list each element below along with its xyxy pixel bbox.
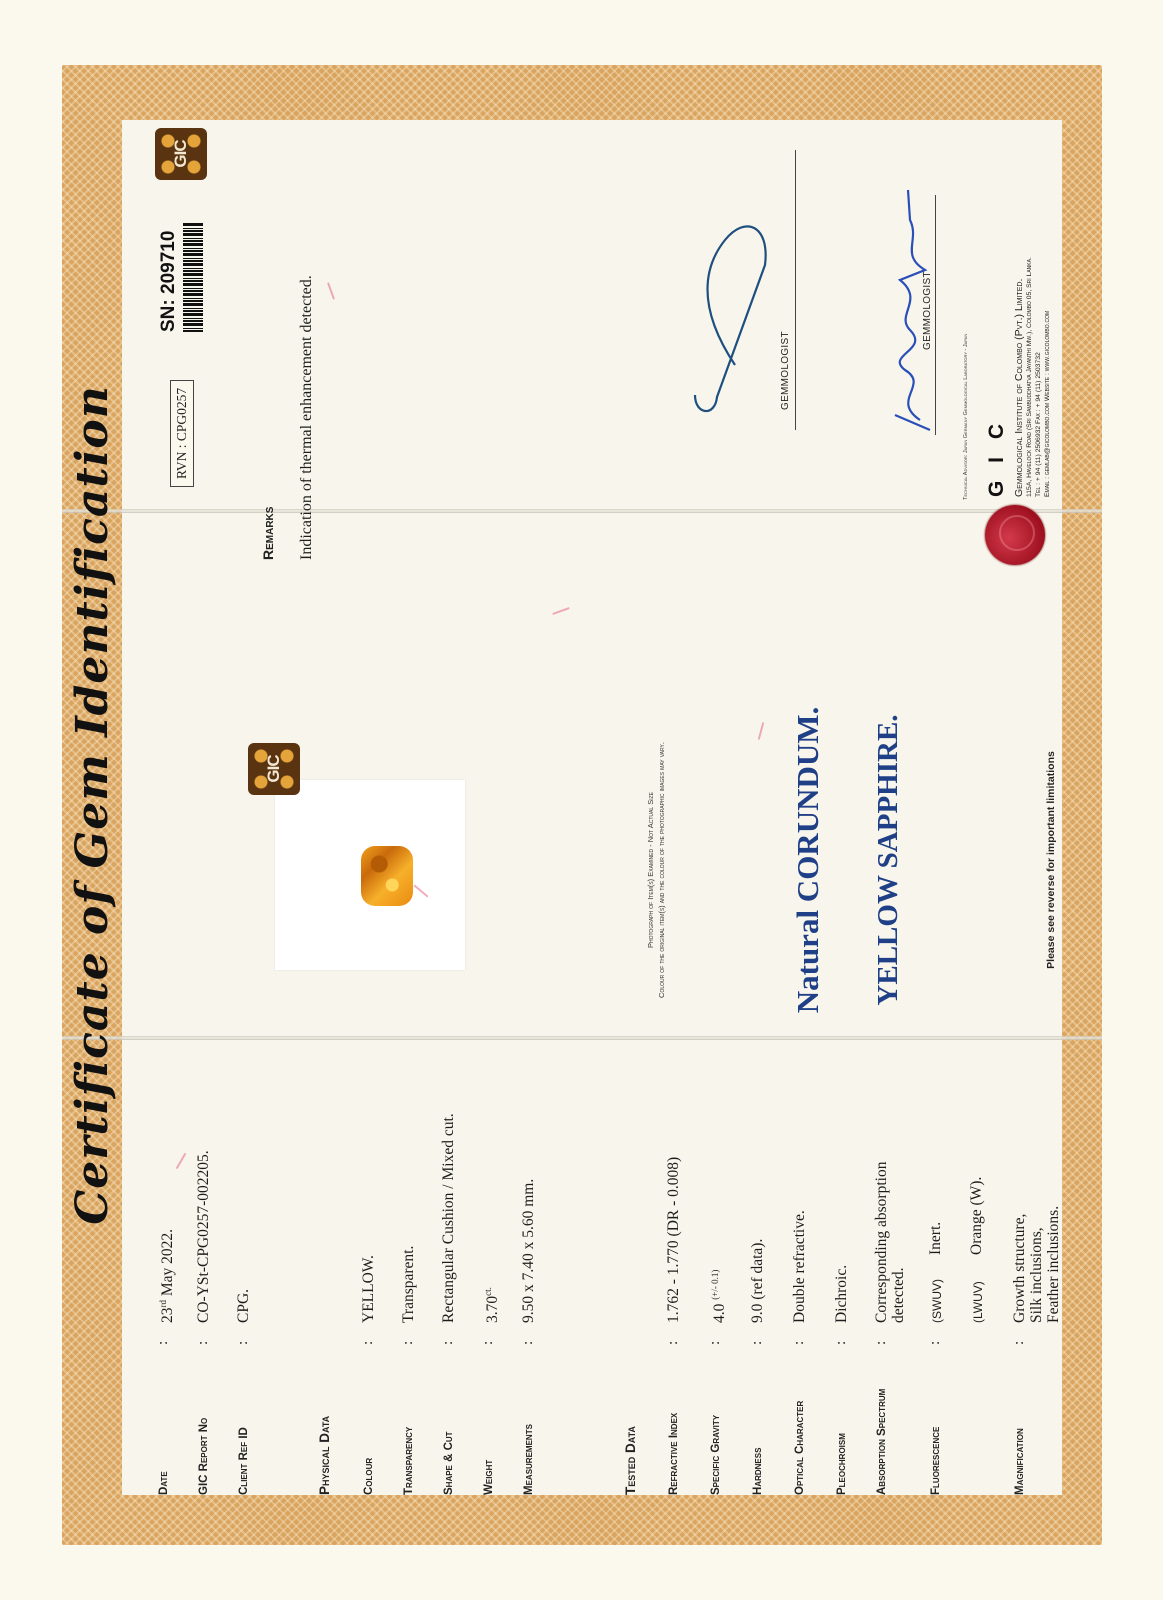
refractive-index-row: Refractive Index : 1.762 - 1.770 (DR - 0… [665, 1157, 682, 1495]
gic-hologram-icon: GIC [248, 743, 300, 795]
client-ref-row: Client Ref ID : CPG. [235, 1289, 252, 1495]
fluorescence-row: Fluorescence : (SWUV)Inert. (LWUV)Orange… [927, 1177, 987, 1495]
signature-2-line [935, 195, 936, 435]
rvn-box: RVN : CPG0257 [170, 380, 194, 487]
physical-data-heading: Physical Data [317, 1416, 332, 1495]
magnification-row: Magnification : Growth structure,Silk in… [1011, 1206, 1062, 1495]
serial-number: SN: 209710 [158, 231, 180, 332]
title-band: Certificate of Gem Identification [62, 65, 122, 1545]
signature-2-icon [880, 180, 950, 440]
absorption-spectrum-row: Absorption Spectrum : Corresponding abso… [873, 1162, 907, 1495]
photo-disclaimer: Photograph of Item(s) Examined - Not Act… [645, 700, 667, 1040]
specific-gravity-row: Specific Gravity : 4.0 (+/- 0.1) [707, 1270, 728, 1495]
variety-identification: YELLOW SAPPHIRE. [872, 680, 905, 1040]
client-ref-label: Client Ref ID [235, 1345, 250, 1495]
fold-line [62, 1036, 1102, 1040]
signature-1-line [795, 150, 796, 430]
client-ref-value: CPG. [235, 1289, 252, 1323]
tested-data-heading: Tested Data [623, 1426, 638, 1495]
shape-cut-row: Shape & Cut : Rectangular Cushion / Mixe… [440, 1113, 457, 1495]
gem-photo-card [275, 780, 465, 970]
colour-row: Colour : YELLOW. [360, 1255, 377, 1495]
report-no-value: CO-YSt-CPG0257-002205. [195, 1150, 212, 1323]
institute-info: Gemmological Institute of Colombo (Pvt.)… [1013, 257, 1052, 497]
date-label: Date [155, 1345, 170, 1495]
signature-1-icon [675, 205, 785, 425]
certificate-sheet: Certificate of Gem Identification Date :… [0, 0, 1163, 1600]
remarks-heading: Remarks [260, 507, 276, 560]
species-identification: Natural CORUNDUM. [790, 680, 826, 1040]
report-no-label: GIC Report No [195, 1345, 210, 1495]
reverse-limitations-note: Please see reverse for important limitat… [1045, 680, 1057, 1040]
wax-seal-icon [985, 505, 1045, 565]
date-row: Date : 23rd May 2022. [155, 1229, 176, 1495]
transparency-row: Transparency : Transparent. [400, 1246, 417, 1495]
technical-advisor: Technical Advisor: Japan Germany Gemmolo… [963, 334, 969, 500]
signature-1-label: GEMMOLOGIST [780, 331, 791, 410]
gic-logo-icon: GIC [155, 128, 207, 180]
remarks-text: Indication of thermal enhancement detect… [298, 275, 316, 560]
weight-row: Weight : 3.70ct. [480, 1287, 501, 1495]
certificate-title: Certificate of Gem Identification [67, 385, 118, 1225]
fold-line [62, 509, 1102, 513]
institute-phone: Tel : + 94 (11) 2506932 Fax : + 94 (11) … [1034, 257, 1043, 497]
hardness-row: Hardness : 9.0 (ref data). [749, 1239, 766, 1495]
institute-name: Gemmological Institute of Colombo (Pvt.)… [1013, 257, 1025, 497]
gem-photo [361, 846, 413, 906]
barcode [183, 222, 203, 332]
optical-character-row: Optical Character : Double refractive. [791, 1210, 808, 1495]
pleochroism-row: Pleochroism : Dichroic. [833, 1265, 850, 1495]
measurements-row: Measurements : 9.50 x 7.40 x 5.60 mm. [520, 1179, 537, 1495]
signature-2-label: GEMMOLOGIST [922, 271, 933, 350]
date-value: 23rd May 2022. [155, 1229, 176, 1323]
report-no-row: GIC Report No : CO-YSt-CPG0257-002205. [195, 1150, 212, 1495]
institute-address: 115A, Havelock Road (Sri Sambuddhatva Ja… [1025, 257, 1034, 497]
institute-email: Email : gemlab@gicolombo.com Website : w… [1043, 257, 1052, 497]
gic-abbreviation: G I C [985, 418, 1009, 497]
